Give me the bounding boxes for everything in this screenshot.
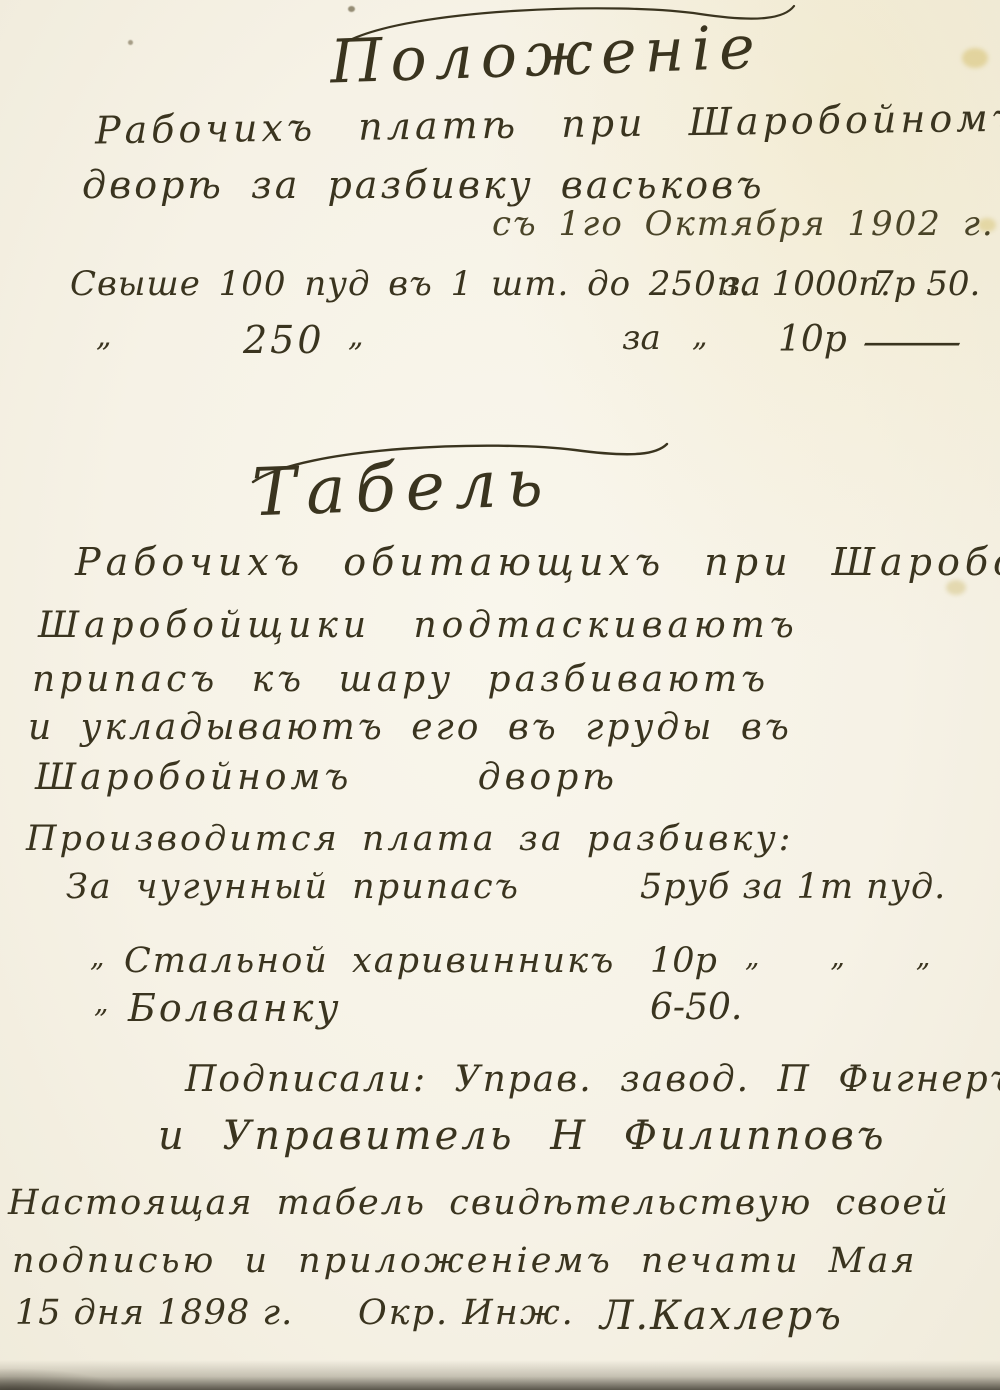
pay-heading: Производится плата за разбивку: <box>26 820 793 859</box>
rate2-dash: — <box>860 320 964 364</box>
pay-row: За чугунный припасъ 5руб за 1т пуд. <box>0 868 1000 932</box>
title-tabel: Табель <box>251 447 554 530</box>
rate1-per: за 1000п. <box>722 266 891 303</box>
manuscript-page: Положеніе Рабочихъ платѣ при Шаробойномъ… <box>0 0 1000 1390</box>
pay-price: 6-50. <box>650 988 742 1028</box>
rate2-price: 10р <box>778 320 847 360</box>
description-line: и укладываютъ его въ груды въ <box>28 708 792 748</box>
description-line: припасъ къ шару разбиваютъ <box>32 660 769 700</box>
rate1-price: 7р 50. <box>872 266 980 303</box>
rate2-weight: 250 <box>243 320 325 362</box>
pay-item: За чугунный припасъ <box>66 868 520 907</box>
pay-item: Болванку <box>128 988 342 1030</box>
pay-row: „ Болванку 6-50. <box>0 988 1000 1052</box>
pay-price: 10р <box>650 942 717 981</box>
pay-ditto-mark: „ <box>94 988 109 1019</box>
rate2-per-ditto: „ <box>692 320 708 353</box>
title-polozhenie: Положеніе <box>329 14 764 95</box>
description-line: Шаробойщики подтаскиваютъ <box>38 606 799 646</box>
attestation-officer-title: Окр. Инж. <box>358 1294 575 1333</box>
rate-row-2: „ 250 „ за „ 10р — <box>0 320 1000 384</box>
ink-speck <box>348 6 355 12</box>
pay-price: 5руб за 1т пуд. <box>640 868 946 907</box>
description-line: Шаробойномъ дворѣ <box>35 758 618 798</box>
attestation-line-3: 15 дня 1898 г. Окр. Инж. Л.Кахлеръ <box>0 1294 1000 1358</box>
attestation-line-2: подписью и приложеніемъ печати Мая <box>12 1242 918 1281</box>
rate2-ditto-1: „ <box>96 320 112 353</box>
pay-item: Стальной харивинникъ <box>124 942 615 981</box>
rate2-per: за <box>622 320 661 357</box>
intro-line-1: Рабочихъ платѣ при Шаробойномъ <box>95 98 1000 153</box>
attestation-officer-name: Л.Кахлеръ <box>600 1294 843 1338</box>
ink-speck <box>128 40 133 45</box>
pay-ditto-mark: „ <box>90 942 105 973</box>
tabel-subtitle: Рабочихъ обитающихъ при Шаробойномъ двор… <box>75 542 1000 584</box>
rate1-condition: Свыше 100 пуд въ 1 шт. до 250п. <box>70 266 752 303</box>
pay-dittos: „ „ „ <box>745 942 930 973</box>
signature-line-1: Подписали: Управ. завод. П Фигнеръ <box>185 1060 1000 1100</box>
signature-line-2: и Управитель Н Филипповъ <box>158 1114 887 1158</box>
scan-edge-shadow <box>0 1360 1000 1390</box>
paper-stain <box>962 48 988 68</box>
rate2-ditto-2: „ <box>348 320 364 353</box>
attestation-date: 15 дня 1898 г. <box>15 1294 293 1333</box>
attestation-line-1: Настоящая табель свидѣтельствую своей <box>8 1184 950 1223</box>
effective-date: съ 1го Октября 1902 г. <box>492 206 995 243</box>
intro-line-2: дворѣ за разбивку васьковъ <box>82 165 765 207</box>
